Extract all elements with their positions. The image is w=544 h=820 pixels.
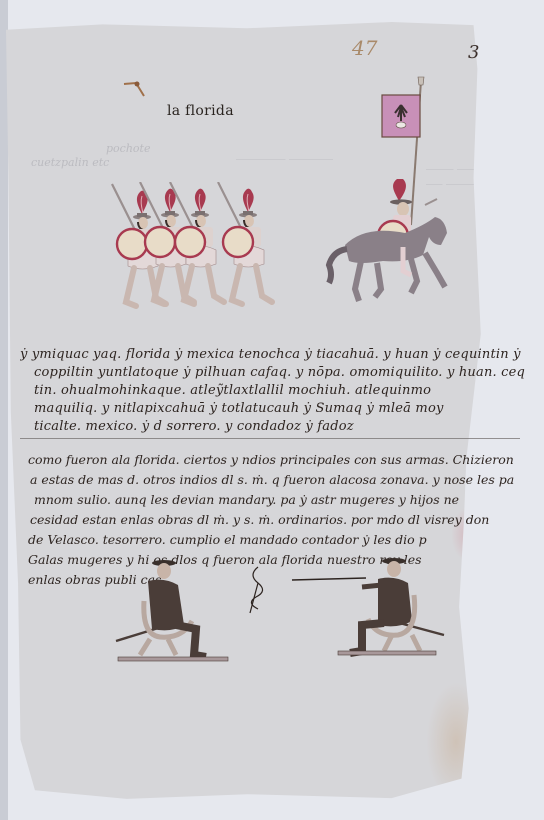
horseman-with-banner-illustration (325, 75, 455, 315)
bleedthrough-text: pochote (106, 142, 150, 155)
spanish-line-2: a estas de mas d. otros indios dl s. ṁ. … (30, 472, 535, 487)
nahuatl-line-1: ẏ ymiquac yaq. florida ẏ mexica tenochca… (20, 347, 525, 362)
spanish-line-7: enlas obras publi cas. (28, 572, 533, 587)
seated-official-left (112, 555, 232, 667)
nahuatl-line-4: maquiliq. y nitlapixcahuā ẏ totlatucauh … (34, 401, 539, 416)
nahuatl-line-2: coppiltin yuntlatoque ẏ pilhuan cafaq. y… (34, 365, 539, 380)
bleedthrough-text: _________ ________ (236, 147, 333, 160)
folio-number-top: 47 (352, 36, 377, 60)
spanish-line-1: como fueron ala florida. ciertos y ndios… (28, 452, 533, 467)
water-stain (426, 682, 486, 802)
divider-rule (20, 438, 520, 439)
spanish-line-4: cesidad estan enlas obras dl ṁ. y s. ṁ. … (30, 512, 535, 527)
folio-number-right: 3 (468, 42, 479, 63)
foot-soldiers-illustration (100, 182, 290, 322)
heading-la-florida: la florida (167, 103, 234, 119)
seated-official-right (332, 555, 450, 663)
spanish-line-5: de Velasco. tesorrero. cumplio el mandad… (28, 532, 533, 547)
nahuatl-line-5: ticalte. mexico. ẏ d sorrero. y condadoz… (34, 419, 539, 434)
spanish-line-3: mnom sulio. aunq les devian mandary. pa … (34, 492, 539, 507)
spanish-line-6: Galas mugeres y hi os dlos q fueron ala … (28, 552, 533, 567)
nahuatl-line-3: tin. ohualmohinkaque. atleỹtlaxtlallil m… (34, 383, 539, 398)
bleedthrough-text: cuetzpalin etc (31, 156, 109, 169)
ink-blot (122, 78, 152, 100)
scan-edge (0, 0, 8, 820)
paraph-flourish (238, 565, 278, 615)
